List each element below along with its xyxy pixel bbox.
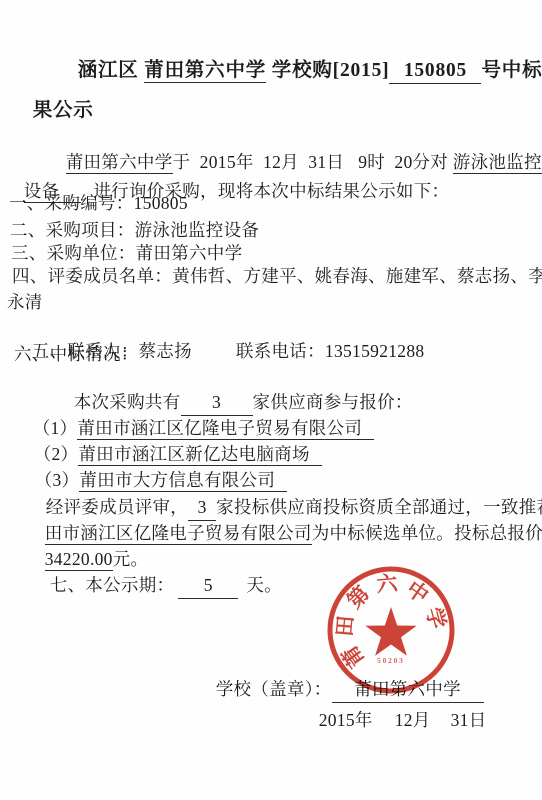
item-procurement-number: 一、采购编号：150805 (9, 192, 188, 215)
intro-item-part1-underlined: 游泳池监控 (453, 152, 542, 174)
title-mid: 学校购[2015] (266, 60, 389, 81)
item-procurement-project: 二、采购项目：游泳池监控设备 (10, 219, 259, 242)
publicity-days-value: 5 (178, 574, 238, 599)
seal-char-2: 田 (332, 615, 358, 638)
item-committee-members-wrap: 永清 (7, 291, 43, 314)
seal-char-4: 六 (376, 571, 400, 597)
title-doc-number: 150805 (389, 59, 481, 84)
publicity-suffix: 天。 (246, 575, 282, 595)
publicity-period-line: 七、本公示期：5天。 (31, 551, 282, 622)
title-tail-2: 果公示 (33, 100, 94, 121)
date-month: 12月 (395, 710, 431, 730)
date-day: 31日 (451, 710, 487, 730)
title-school-underlined: 莆田第六中学 (144, 60, 266, 83)
item-committee-members: 四、评委成员名单：黄伟哲、方建平、姚春海、施建军、蔡志扬、李 (12, 265, 542, 288)
title-tail-1: 号中标结 (481, 60, 542, 81)
seal-char-6: 学 (421, 605, 450, 631)
review-suffix: 为中标候选单位。投标总报价： (312, 523, 542, 543)
seal-code: 50203 (377, 657, 405, 665)
official-seal-stamp: 莆 田 第 六 中 学 50203 (320, 560, 462, 702)
contact-phone: 联系电话：13515921288 (236, 341, 425, 361)
title-line-1: 涵江区 莆田第六中学 学校购[2015]150805号中标结 (55, 36, 542, 107)
publicity-prefix: 七、本公示期： (50, 575, 175, 595)
star-icon (365, 607, 416, 656)
document-page: 涵江区 莆田第六中学 学校购[2015]150805号中标结 果公示 莆田第六中… (0, 0, 542, 800)
date-year: 2015年 (319, 710, 373, 730)
item-bid-result-header: 六、中标情况： (14, 343, 139, 366)
item-procurement-unit: 三、采购单位：莆田第六中学 (11, 242, 242, 265)
